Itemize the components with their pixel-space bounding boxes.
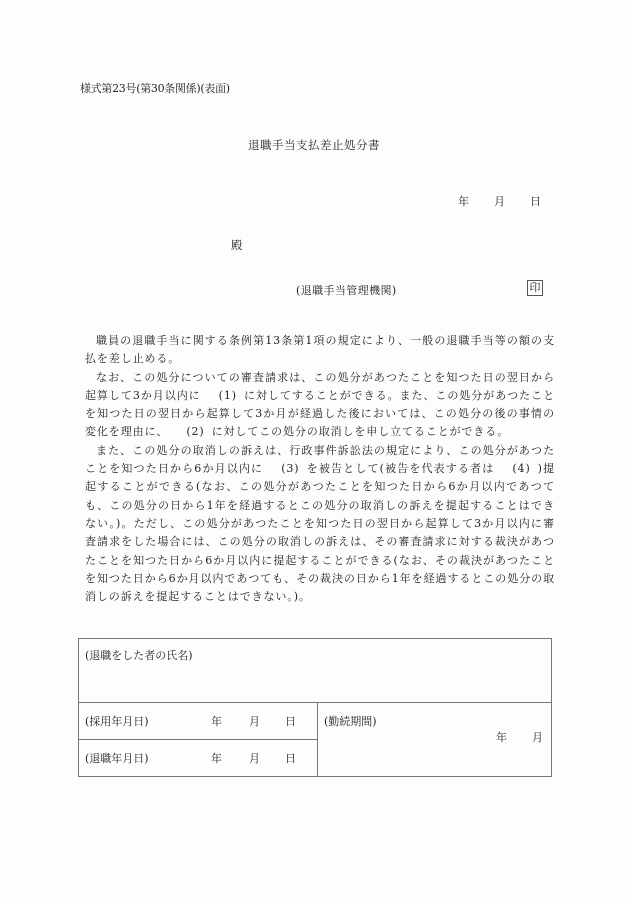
date-month-label: 月 [494,193,530,209]
document-title: 退職手当支払差止処分書 [248,137,380,153]
period-year-unit: 年 [496,729,532,745]
hire-year-unit: 年 [211,713,249,729]
paragraph-disposition: 職員の退職手当に関する条例第13条第1項の規定により、一般の退職手当等の額の支払… [85,332,555,369]
period-month-unit: 月 [532,729,543,745]
retire-day-unit: 日 [285,750,296,766]
paragraph-appeal: なお、この処分についての審査請求は、この処分があつたことを知つた日の翌日から起算… [85,369,555,442]
hire-month-unit: 月 [249,713,285,729]
hire-day-unit: 日 [285,713,296,729]
hire-date-cell[interactable]: (採用年月日) 年 月 日 [79,703,318,740]
disposition-body: 職員の退職手当に関する条例第13条第1項の規定により、一般の退職手当等の額の支払… [85,332,555,606]
form-number: 様式第23号(第30条関係)(表面) [80,80,230,96]
retire-date-cell[interactable]: (退職年月日) 年 月 日 [79,740,318,777]
retire-year-unit: 年 [211,750,249,766]
retire-date-label: (退職年月日) [85,750,211,766]
blank-3: (3) [263,460,306,478]
retiree-info-table: (退職をした者の氏名) (採用年月日) 年 月 日 (勤続期間) 年 月 (退職… [78,638,552,777]
retiree-name-cell[interactable]: (退職をした者の氏名) [79,639,552,703]
text-segment: )提起することができる(なお、この処分があつたことを知つた日から6か月以内であつ… [85,462,555,603]
seal-mark-icon: 印 [527,280,543,296]
paragraph-lawsuit: また、この処分の取消しの訴えは、行政事件訴訟法の規定により、この処分があつたこと… [85,442,555,607]
retiree-name-label: (退職をした者の氏名) [85,649,193,662]
text-segment: に対してこの処分の取消しを申し立てることができる。 [212,425,510,438]
blank-2: (2) [168,423,211,441]
issuing-authority-label: (退職手当管理機関) [296,282,397,298]
addressee-honorific: 殿 [231,237,243,253]
date-day-label: 日 [530,193,541,209]
issue-date-line: 年 月 日 [458,193,541,209]
service-period-cell[interactable]: (勤続期間) 年 月 [318,703,552,777]
date-year-label: 年 [458,193,494,209]
retire-month-unit: 月 [249,750,285,766]
blank-4: (4) [494,460,537,478]
text-segment: を被告として(被告を代表する者は [306,462,494,475]
hire-date-label: (採用年月日) [85,713,211,729]
blank-1: (1) [201,387,244,405]
service-period-label: (勤続期間) [324,715,377,728]
